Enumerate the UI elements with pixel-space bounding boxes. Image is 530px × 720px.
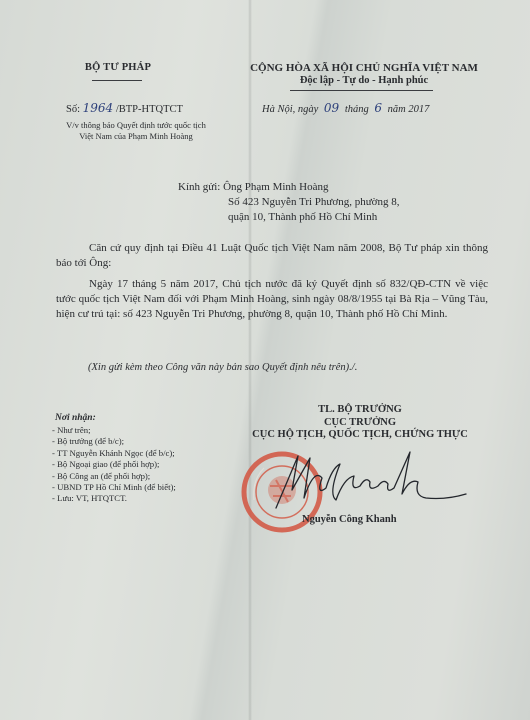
recipient-item: - Lưu: VT, HTQTCT. [52,493,176,504]
attachment-note: (Xin gửi kèm theo Công văn này bản sao Q… [88,362,357,373]
recipient-item: - Bộ trưởng (để b/c); [52,436,176,447]
recipient-item: - Bộ Ngoại giao (để phối hợp); [52,459,176,470]
date-day-handwritten: 09 [321,101,342,115]
signature-title-2: CỤC TRƯỞNG [236,417,484,430]
subject-line-2: Việt Nam của Phạm Minh Hoàng [56,131,216,142]
signer-name: Nguyễn Công Khanh [302,514,397,525]
recipients-list: - Như trên; - Bộ trưởng (để b/c); - TT N… [52,425,176,505]
signature-block: TL. BỘ TRƯỞNG CỤC TRƯỞNG CỤC HỘ TỊCH, QU… [236,404,484,442]
document-number: Số: 1964 /BTP-HTQTCT [66,101,183,115]
recipients-title: Nơi nhận: [55,413,96,423]
recipient-item: - TT Nguyễn Khánh Ngọc (để b/c); [52,448,176,459]
national-motto: Độc lập - Tự do - Hạnh phúc [234,75,494,86]
recipient-item: - Bộ Công an (để phối hợp); [52,471,176,482]
motto-underline [290,90,433,91]
recipient-item: - Như trên; [52,425,176,436]
doc-number-suffix: /BTP-HTQTCT [116,104,183,115]
subject-line-1: V/v thông báo Quyết định tước quốc tịch [56,120,216,131]
document-page: BỘ TƯ PHÁP Số: 1964 /BTP-HTQTCT V/v thôn… [0,0,530,720]
body-paragraph-1: Căn cứ quy định tại Điều 41 Luật Quốc tị… [56,241,488,271]
issuing-ministry: BỘ TƯ PHÁP [62,62,174,73]
paper-fold [248,0,252,720]
handwritten-signature-icon [270,448,470,518]
recipient-item: - UBND TP Hồ Chí Minh (để biết); [52,482,176,493]
subject-line: V/v thông báo Quyết định tước quốc tịch … [56,120,216,142]
doc-number-prefix: Số: [66,104,80,115]
recipient-address-2: quận 10, Thành phố Hồ Chí Minh [228,211,377,223]
date-month-label: tháng [345,104,369,115]
signature-title-1: TL. BỘ TRƯỞNG [236,404,484,417]
date-year: năm 2017 [388,104,430,115]
date-line: Hà Nội, ngày 09 tháng 6 năm 2017 [262,101,429,115]
recipient-address-1: Số 423 Nguyễn Tri Phương, phường 8, [228,196,399,208]
ministry-underline [92,80,142,81]
salutation: Kính gửi: Ông Phạm Minh Hoàng [178,181,329,193]
date-place: Hà Nội, ngày [262,104,318,115]
national-title: CỘNG HÒA XÃ HỘI CHỦ NGHĨA VIỆT NAM [234,62,494,74]
signature-title-3: CỤC HỘ TỊCH, QUỐC TỊCH, CHỨNG THỰC [236,429,484,442]
doc-number-handwritten: 1964 [83,101,114,115]
body-paragraph-2: Ngày 17 tháng 5 năm 2017, Chủ tịch nước … [56,277,488,322]
date-month-handwritten: 6 [371,101,385,115]
